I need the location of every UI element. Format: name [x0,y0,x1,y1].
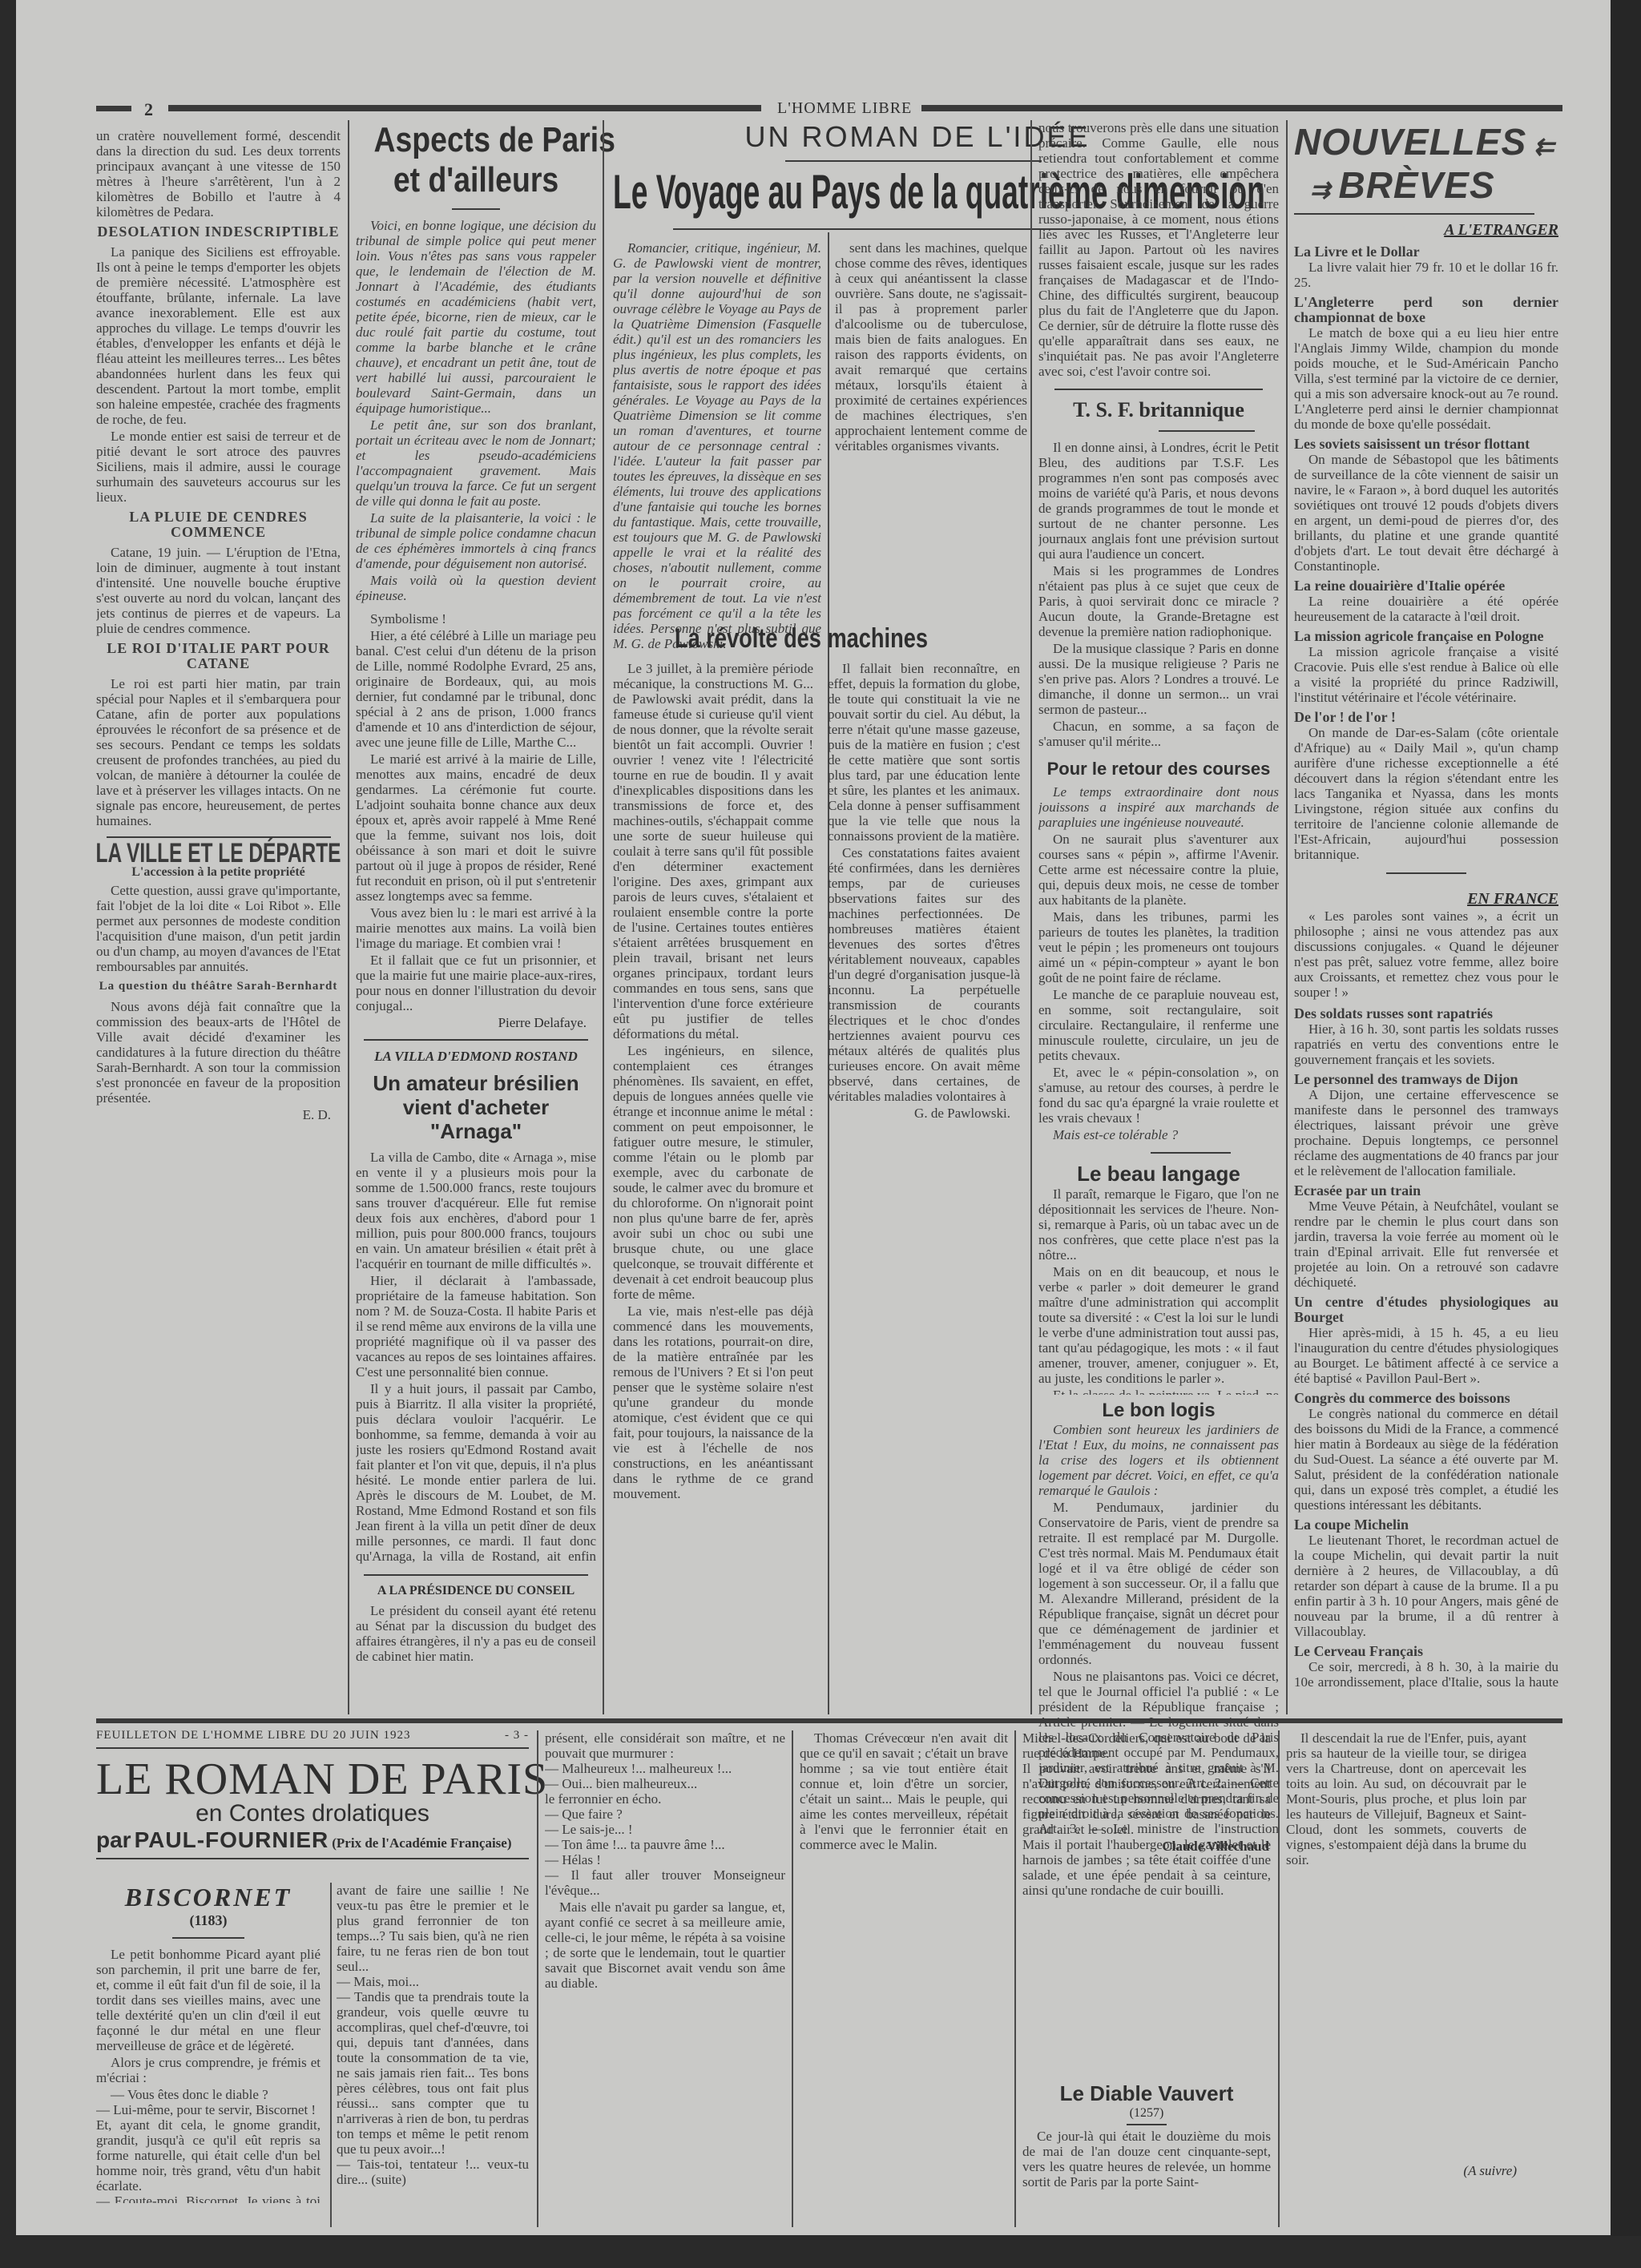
subheading: Symbolisme ! [356,611,596,626]
article-text: Ce jour-là qui était le douzième du mois… [1022,2129,1271,2189]
courses-heading: Pour le retour des courses [1038,759,1279,779]
continuation-text: nous trouverons près elle dans une situa… [1038,120,1279,381]
article-text: Et la classe de la peinture va, Le pied,… [1038,1388,1279,1395]
article-text: Mais voilà où la question devient épineu… [356,573,596,603]
arrow-icon: ⇇ [1526,134,1554,160]
brief-title: Ecrasée par un train [1294,1183,1558,1198]
article-text: Hier, a été célébré à Lille un mariage p… [356,628,596,750]
column-divider [1030,120,1032,1714]
article-text: Le manche de ce parapluie nouveau est, e… [1038,987,1279,1063]
brief-text: La reine douairière a été opérée heureus… [1294,594,1558,624]
article-text: Il y a huit jours, il passait par Cambo,… [356,1381,596,1566]
article-text: La suite de la plaisanterie, la voici : … [356,510,596,571]
article-text: Thomas Crévecœur n'en avait dit que ce q… [800,1730,1008,1852]
divider [172,1937,244,1939]
brief-title: La reine douairière d'Italie opérée [1294,578,1558,594]
page-number: 2 [144,99,153,120]
signature: E. D. [96,1107,341,1122]
article-text: — Vous êtes donc le diable ? — Lui-même,… [96,2087,321,2203]
divider [1159,430,1255,432]
column-divider [792,1730,793,2227]
brief-title: La coupe Michelin [1294,1517,1558,1533]
column-divider [1014,1730,1016,2227]
feuilleton-title: LE ROMAN DE PARIS [96,1754,529,1805]
article-text: De la musique classique ? Paris en donne… [1038,641,1279,717]
brief-title: Un centre d'études physiologiques au Bou… [1294,1295,1558,1325]
article-text: Et il fallait que ce fut un prisonnier, … [356,953,596,1013]
breves-title-line2: ⇉ BRÈVES [1294,163,1558,207]
article-text: sent dans les machines, quelque chose co… [835,240,1027,453]
symbolisme-body: Symbolisme ! Hier, a été célébré à Lille… [356,611,596,1015]
article-text: Michel-des-Cordeliers, qui est au bout d… [1022,1730,1271,1898]
article-text: Chacun, en somme, a sa façon de s'amuser… [1038,719,1279,749]
article-text: Combien sont heureux les jardiniers de l… [1038,1422,1279,1498]
article-text: Le président du conseil ayant été retenu… [356,1603,596,1664]
story-title: BISCORNET [96,1883,321,1912]
article-text: Mais, dans les tribunes, parmi les parie… [1038,909,1279,985]
article-text: Le marié est arrivé à la mairie de Lille… [356,751,596,904]
article-text: Catane, 19 juin. — L'éruption de l'Etna,… [96,545,341,636]
article-text: un cratère nouvellement formé, descendit… [96,128,341,220]
brief-text: Hier, à 16 h. 30, sont partis les soldat… [1294,1021,1558,1067]
column-divider [1286,120,1288,1714]
article-text: Romancier, critique, ingénieur, M. G. de… [613,240,821,651]
masthead-rule-left [168,105,761,111]
brief-text: On mande de Dar-es-Salam (côte orientale… [1294,725,1558,862]
newspaper-page: 2 L'HOMME LIBRE un cratère nouvellement … [16,0,1611,2235]
divider [364,1039,588,1041]
aspects-body: Voici, en bonne logique, une décision du… [356,218,596,605]
story-year: (1257) [1022,2106,1271,2121]
breves-title-line1: NOUVELLES ⇇ [1294,120,1558,163]
feuilleton-col-4: Thomas Crévecœur n'en avait dit que ce q… [800,1730,1008,2227]
feuilleton-header: FEUILLETON DE L'HOMME LIBRE DU 20 JUIN 1… [96,1729,529,1864]
article-text: avant de faire une saillie ! Ne veux-tu … [337,1883,529,2187]
feuilleton-rule [96,1718,1562,1723]
divider [1054,389,1263,390]
brief-title: Congrès du commerce des boissons [1294,1391,1558,1406]
article-text: Cette question, aussi grave qu'important… [96,883,341,974]
article-text: Alors je crus comprendre, je frémis et m… [96,2055,321,2085]
revolte-heading: La révolte des machines [625,623,978,655]
article-text: La villa de Cambo, dite « Arnaga », mise… [356,1150,596,1271]
langage-heading: Le beau langage [1038,1162,1279,1186]
langage-body: Il paraît, remarque le Figaro, que l'on … [1038,1186,1279,1395]
subheading: La question du théâtre Sarah-Bernhardt [96,979,341,994]
feuilleton-col-6: Il descendait la rue de l'Enfer, puis, a… [1286,1730,1526,2195]
logis-heading: Le bon logis [1038,1400,1279,1422]
revolte-col-a: Le 3 juillet, à la première période méca… [613,661,813,1710]
arrow-icon: ⇉ [1310,177,1338,203]
divider [96,1858,529,1859]
section-title: Un amateur brésilien vient d'acheter "Ar… [356,1071,596,1143]
column-mid-right: nous trouverons près elle dans une situa… [1038,120,1279,1714]
aspects-title-line2: et d'ailleurs [374,160,579,200]
column-divider [537,1730,538,2227]
article-text: Il descendait la rue de l'Enfer, puis, a… [1286,1730,1526,1867]
divider [785,160,1042,162]
scan-edge [1611,0,1641,2268]
article-text: Ces constatations faites avaient été con… [828,845,1020,1104]
column-divider [1278,1730,1280,2227]
article-text: La panique des Siciliens est effroyable.… [96,244,341,427]
article-text: Mais si les programmes de Londres n'étai… [1038,563,1279,639]
feuilleton-col-5: Michel-des-Cordeliers, qui est au bout d… [1022,1730,1271,2227]
masthead-rule-right [921,105,1562,111]
brief-text: Le congrès national du commerce en détai… [1294,1406,1558,1513]
courses-body: Le temps extraordinaire dont nous jouiss… [1038,784,1279,1144]
abroad-label: A L'ETRANGER [1294,221,1558,240]
feature-col-a-lower: La révolte des machines Le 3 juillet, à … [613,617,1022,1714]
newspaper-title: L'HOMME LIBRE [777,99,912,118]
feature-headline: Le Voyage au Pays de la quatrième dimens… [613,164,998,220]
divider [1294,213,1534,215]
masthead-rule-left-short [96,106,131,111]
brief-text: La mission agricole française a visité C… [1294,644,1558,705]
feature-col-b: sent dans les machines, quelque chose co… [835,240,1027,609]
brief-title: La mission agricole française en Pologne [1294,629,1558,644]
brief-text: On mande de Sébastopol que les bâtiments… [1294,452,1558,574]
story-text: Ce jour-là qui était le douzième du mois… [1022,2129,1271,2191]
article-text: Nous avons déjà fait connaître que la co… [96,999,341,1106]
feuilleton-col-1: BISCORNET (1183) Le petit bonhomme Picar… [96,1883,321,2203]
story-text: Michel-des-Cordeliers, qui est au bout d… [1022,1730,1271,2075]
article-text: présent, elle considérait son maître, et… [545,1730,785,1898]
article-text: La vie, mais n'est-elle pas déjà commenc… [613,1303,813,1501]
article-text: Et, avec le « pépin-consolation », on s'… [1038,1065,1279,1126]
divider [1127,2124,1167,2125]
brief-text: La livre valait hier 79 fr. 10 et le dol… [1294,260,1558,290]
article-text: Le temps extraordinaire dont nous jouiss… [1038,784,1279,830]
france-intro: « Les paroles sont vaines », a écrit un … [1294,908,1558,1001]
column-divider [603,120,604,1714]
revolte-col-b: Il fallait bien reconnaître, en effet, d… [828,661,1020,1710]
arnaga-body: La villa de Cambo, dite « Arnaga », mise… [356,1150,596,1566]
breves-title-text: BRÈVES [1338,164,1494,206]
brief-text: Le lieutenant Thoret, le recordman actue… [1294,1533,1558,1639]
brief-title: Les soviets saisissent un trésor flottan… [1294,437,1558,452]
author-prefix: par [96,1827,131,1852]
feuilleton-author-line: par PAUL-FOURNIER (Prix de l'Académie Fr… [96,1827,529,1853]
column-divider [330,1883,332,2227]
article-text: M. Pendumaux, jardinier du Conservatoire… [1038,1500,1279,1667]
brief-title: De l'or ! de l'or ! [1294,710,1558,725]
france-list: Des soldats russes sont rapatriésHier, à… [1294,1001,1558,1690]
author-name: PAUL-FOURNIER [135,1827,329,1852]
story-title: Le Diable Vauvert [1022,2081,1271,2106]
brief-text: Mme Veuve Pétain, à Neufchâtel, voulant … [1294,1198,1558,1290]
article-text: Hier, il déclarait à l'ambassade, propri… [356,1273,596,1380]
france-label: EN FRANCE [1294,890,1558,908]
brief-text: Hier après-midi, à 15 h. 45, a eu lieu l… [1294,1325,1558,1386]
article-text: Voici, en bonne logique, une décision du… [356,218,596,416]
article-text: Le roi est parti hier matin, par train s… [96,676,341,828]
feuilleton-number: - 3 - [505,1729,529,1742]
article-text: Il fallait bien reconnaître, en effet, d… [828,661,1020,844]
tsf-heading: T. S. F. britannique [1038,398,1279,422]
breves-title-text: NOUVELLES [1294,121,1526,163]
divider [364,1574,588,1576]
brief-title: Le Cerveau Français [1294,1644,1558,1659]
abroad-list: La Livre et le DollarLa livre valait hie… [1294,240,1558,864]
story-year: (1183) [96,1912,321,1929]
story-text: Il descendait la rue de l'Enfer, puis, a… [1286,1730,1526,2163]
column-1: un cratère nouvellement formé, descendit… [96,128,341,1690]
breves-column: NOUVELLES ⇇ ⇉ BRÈVES A L'ETRANGER La Liv… [1294,120,1558,1714]
article-text: On ne saurait plus s'aventurer aux cours… [1038,832,1279,908]
story-text: Le petit bonhomme Picard ayant plié son … [96,1947,321,2203]
brief-text: A Dijon, une certaine effervescence se m… [1294,1087,1558,1178]
divider [1151,1152,1231,1154]
signature: Pierre Delafaye. [356,1015,596,1031]
tsf-body: Il en donne ainsi, à Londres, écrit le P… [1038,440,1279,751]
subheading: DESOLATION INDESCRIPTIBLE [96,224,341,240]
divider [1386,872,1466,874]
article-text: Le 3 juillet, à la première période méca… [613,661,813,1041]
signature: G. de Pawlowski. [828,1106,1020,1121]
article-text: Vous avez bien lu : le mari est arrivé à… [356,905,596,951]
article-text: Les ingénieurs, en silence, contemplaien… [613,1043,813,1302]
divider [452,208,500,210]
section-label: A LA PRÉSIDENCE DU CONSEIL [356,1584,596,1598]
feuilleton-label: FEUILLETON DE L'HOMME LIBRE DU 20 JUIN 1… [96,1729,410,1742]
article-text: « Les paroles sont vaines », a écrit un … [1294,908,1558,1000]
article-text: Il en donne ainsi, à Londres, écrit le P… [1038,440,1279,562]
article-text: Mais on en dit beaucoup, et nous le verb… [1038,1264,1279,1386]
subheading: LA PLUIE DE CENDRES COMMENCE [96,510,341,540]
article-text: nous trouverons près elle dans une situa… [1038,120,1279,379]
brief-text: Ce soir, mercredi, à 8 h. 30, à la mairi… [1294,1659,1558,1690]
article-text: Mais est-ce tolérable ? [1038,1127,1279,1142]
feuilleton-col-2: avant de faire une saillie ! Ne veux-tu … [337,1883,529,2227]
article-text: Le petit bonhomme Picard ayant plié son … [96,1947,321,2053]
brief-title: L'Angleterre perd son dernier championna… [1294,295,1558,325]
section-label: LA VILLA D'EDMOND ROSTAND [356,1049,596,1065]
column-divider [348,120,349,1714]
to-be-continued: (A suivre) [1286,2163,1526,2179]
article-text: Le monde entier est saisi de terreur et … [96,429,341,505]
brief-title: Des soldats russes sont rapatriés [1294,1006,1558,1021]
brief-title: Le personnel des tramways de Dijon [1294,1072,1558,1087]
presidence-body: Le président du conseil ayant été retenu… [356,1603,596,1666]
subheading: LE ROI D'ITALIE PART POUR CATANE [96,641,341,671]
scan-edge [0,2236,1641,2268]
brief-title: La Livre et le Dollar [1294,244,1558,260]
aspects-title-line1: Aspects de Paris [374,120,579,160]
divider [96,1747,529,1749]
article-text: Le petit âne, sur son dos branlant, port… [356,417,596,509]
section-title: LA VILLE ET LE DÉPARTEMENT [96,846,341,861]
column-2: Aspects de Paris et d'ailleurs Voici, en… [356,120,596,1714]
brief-text: Le match de boxe qui a eu lieu hier entr… [1294,325,1558,432]
article-text: Mais elle n'avait pu garder sa langue, e… [545,1899,785,1991]
feuilleton-col-3: présent, elle considérait son maître, et… [545,1730,785,2227]
author-note: (Prix de l'Académie Française) [332,1835,511,1851]
article-text: Il paraît, remarque le Figaro, que l'on … [1038,1186,1279,1263]
